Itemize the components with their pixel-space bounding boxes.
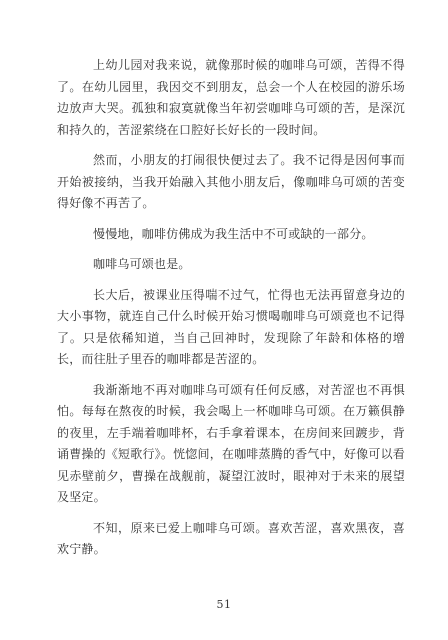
paragraph: 慢慢地，咖啡仿佛成为我生活中不可或缺的一部分。 <box>57 224 405 246</box>
document-page: 上幼儿园对我来说，就像那时候的咖啡乌可颂，苦得不得了。在幼儿园里，我因交不到朋友… <box>0 0 448 640</box>
paragraph: 我渐渐地不再对咖啡乌可颂有任何反感，对苦涩也不再惧怕。每每在熬夜的时候，我会喝上… <box>57 380 405 509</box>
paragraph: 不知，原来已爱上咖啡乌可颂。喜欢苦涩，喜欢黑夜，喜欢宁静。 <box>57 518 405 561</box>
paragraph: 咖啡乌可颂也是。 <box>57 254 405 276</box>
paragraph: 然而，小朋友的打闹很快便过去了。我不记得是因何事而开始被接纳，当我开始融入其他小… <box>57 150 405 215</box>
page-number: 51 <box>0 598 448 611</box>
paragraph: 长大后，被课业压得喘不过气，忙得也无法再留意身边的大小事物，就连自己什么时候开始… <box>57 285 405 371</box>
paragraph-list: 上幼儿园对我来说，就像那时候的咖啡乌可颂，苦得不得了。在幼儿园里，我因交不到朋友… <box>57 55 405 570</box>
paragraph: 上幼儿园对我来说，就像那时候的咖啡乌可颂，苦得不得了。在幼儿园里，我因交不到朋友… <box>57 55 405 141</box>
